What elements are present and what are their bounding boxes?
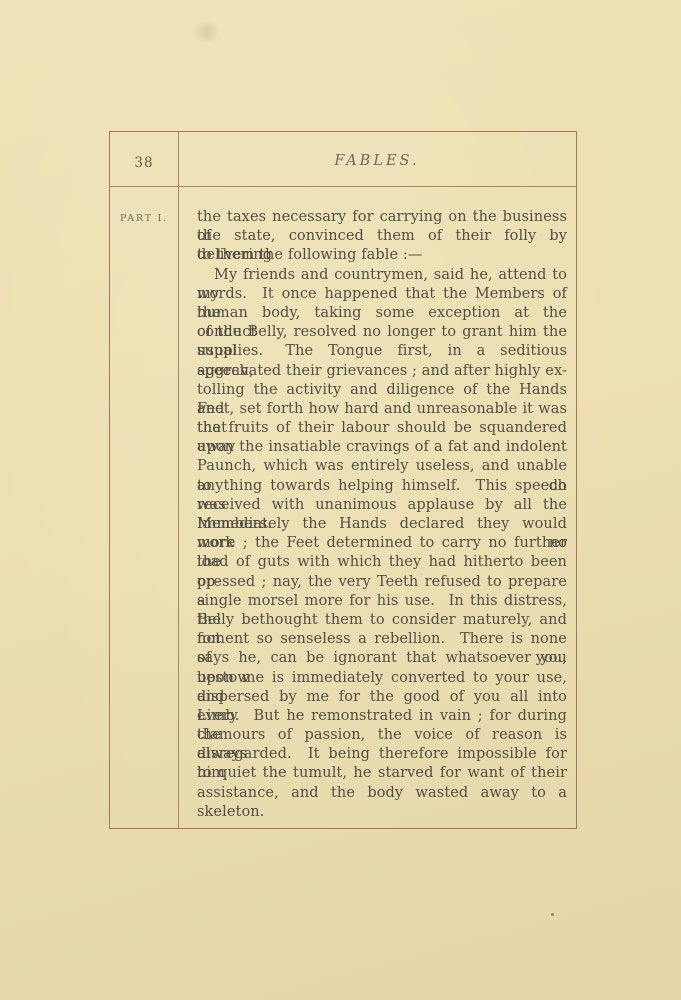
text-line: supplies. The Tongue first, in a seditio… (197, 342, 567, 361)
text-line: single morsel more for his use. In this … (197, 592, 567, 611)
text-line: words. It once happened that the Members… (197, 285, 567, 304)
text-line: to quiet the tumult, he starved for want… (197, 764, 567, 783)
text-line: Limb. But he remonstrated in vain ; for … (197, 707, 567, 726)
text-line: more ; the Feet determined to carry no f… (197, 534, 567, 553)
text-line: tolling the activity and diligence of th… (197, 381, 567, 400)
text-line: the fruits of their labour should be squ… (197, 419, 567, 438)
page-number: 38 (110, 155, 178, 171)
text-line: upon me is immediately converted to your… (197, 669, 567, 688)
text-line: clamours of passion, the voice of reason… (197, 726, 567, 745)
text-line: foment so senseless a rebellion. There i… (197, 630, 567, 649)
text-line: disregarded. It being therefore impossib… (197, 745, 567, 764)
text-line: to them the following fable :— (197, 246, 567, 265)
margin-note-part: PART I. (110, 213, 178, 224)
text-line: of the Belly, resolved no longer to gran… (197, 323, 567, 342)
margin-column-divider (178, 132, 179, 828)
text-line: Paunch, which was entirely useless, and … (197, 457, 567, 476)
body-text: the taxes necessary for carrying on the … (197, 208, 567, 803)
text-line: load of guts with which they had hithert… (197, 553, 567, 572)
text-line: My friends and countrymen, said he, atte… (197, 266, 567, 285)
text-line: Belly bethought them to consider maturel… (197, 611, 567, 630)
page-frame: 38 FABLES. PART I. the taxes necessary f… (109, 131, 577, 829)
text-line: anything towards helping himself. This s… (197, 477, 567, 496)
text-line: the taxes necessary for carrying on the … (197, 208, 567, 227)
text-line: Immediately the Hands declared they woul… (197, 515, 567, 534)
header-rule (110, 186, 576, 187)
text-line: Feet, set forth how hard and unreasonabl… (197, 400, 567, 419)
running-head: FABLES. (178, 153, 576, 169)
text-line: upon the insatiable cravings of a fat an… (197, 438, 567, 457)
text-line: received with unanimous applause by all … (197, 496, 567, 515)
text-line: human body, taking some exception at the… (197, 304, 567, 323)
ink-speck (551, 913, 554, 916)
ink-smudge (194, 20, 220, 44)
text-line: pressed ; nay, the very Teeth refused to… (197, 573, 567, 592)
text-line: the state, convinced them of their folly… (197, 227, 567, 246)
text-line: dispersed by me for the good of you all … (197, 688, 567, 707)
text-line: aggravated their grievances ; and after … (197, 362, 567, 381)
text-line: says he, can be ignorant that whatsoever… (197, 649, 567, 668)
text-line: assistance, and the body wasted away to … (197, 784, 567, 803)
